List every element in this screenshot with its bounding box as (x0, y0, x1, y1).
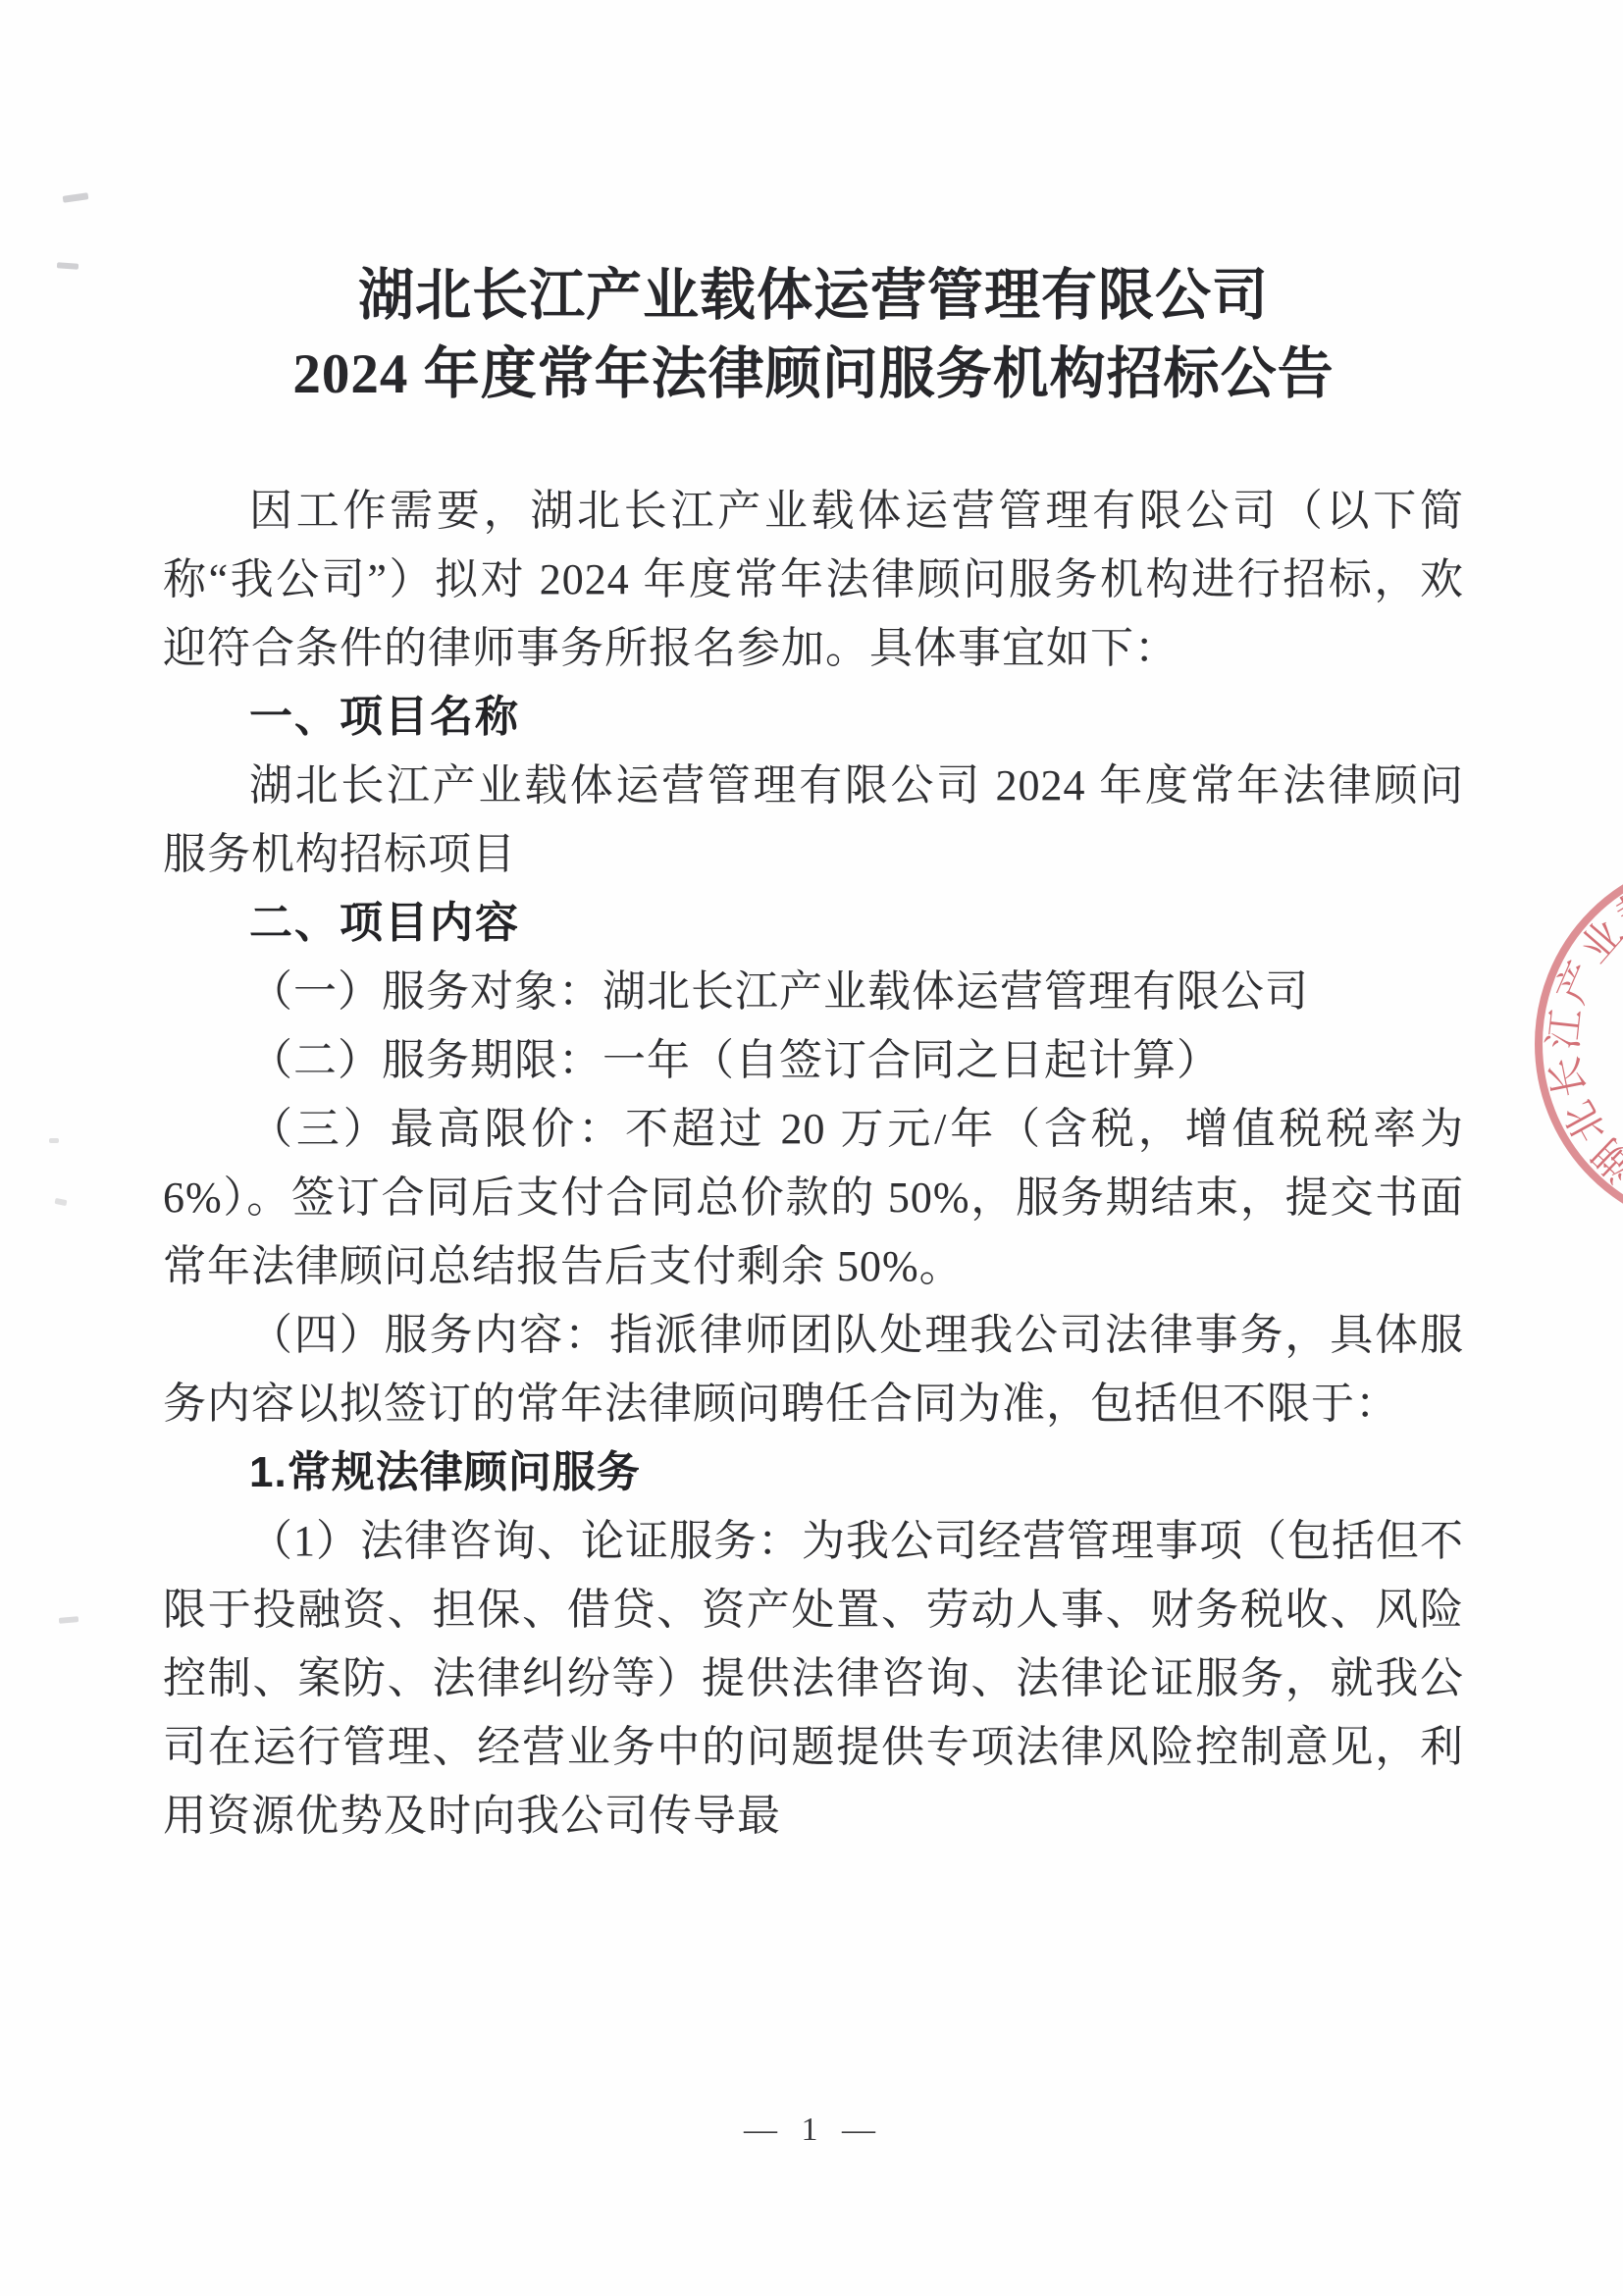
scan-artifact (63, 192, 89, 203)
scan-artifact (49, 1138, 59, 1143)
paragraph-service-target: （一）服务对象：湖北长江产业载体运营管理有限公司 (163, 958, 1464, 1026)
title-line-2: 2024 年度常年法律顾问服务机构招标公告 (163, 336, 1464, 414)
seal-ring (1539, 860, 1623, 1228)
seal-arc-text: 湖北长江产业载体运营管理有限公司 (1541, 861, 1623, 1190)
subsection-heading-regular: 1.常规法律顾问服务 (163, 1438, 1464, 1507)
paragraph-project-name: 湖北长江产业载体运营管理有限公司 2024 年度常年法律顾问服务机构招标项目 (163, 752, 1464, 889)
paragraph-legal-consulting: （1）法律咨询、论证服务：为我公司经营管理事项（包括但不限于投融资、担保、借贷、… (163, 1507, 1464, 1851)
section-heading-2: 二、项目内容 (163, 889, 1464, 958)
scan-artifact (59, 1616, 79, 1624)
document-title: 湖北长江产业载体运营管理有限公司 2024 年度常年法律顾问服务机构招标公告 (163, 257, 1464, 414)
paragraph-intro: 因工作需要，湖北长江产业载体运营管理有限公司（以下简称“我公司”）拟对 2024… (163, 477, 1464, 683)
paragraph-service-content: （四）服务内容：指派律师团队处理我公司法律事务，具体服务内容以拟签订的常年法律顾… (163, 1301, 1464, 1438)
document-page: 湖北长江产业载体运营管理有限公司 2024 年度常年法律顾问服务机构招标公告 因… (0, 0, 1623, 2296)
title-line-1: 湖北长江产业载体运营管理有限公司 (163, 257, 1464, 336)
section-heading-1: 一、项目名称 (163, 683, 1464, 752)
paragraph-service-term: （二）服务期限：一年（自签订合同之日起计算） (163, 1026, 1464, 1095)
paragraph-price-limit: （三）最高限价：不超过 20 万元/年（含税，增值税税率为 6%）。签订合同后支… (163, 1095, 1464, 1301)
document-body: 因工作需要，湖北长江产业载体运营管理有限公司（以下简称“我公司”）拟对 2024… (163, 477, 1464, 1851)
scan-artifact (57, 262, 79, 270)
scan-artifact (55, 1198, 68, 1206)
page-number: — 1 — (163, 2112, 1464, 2149)
